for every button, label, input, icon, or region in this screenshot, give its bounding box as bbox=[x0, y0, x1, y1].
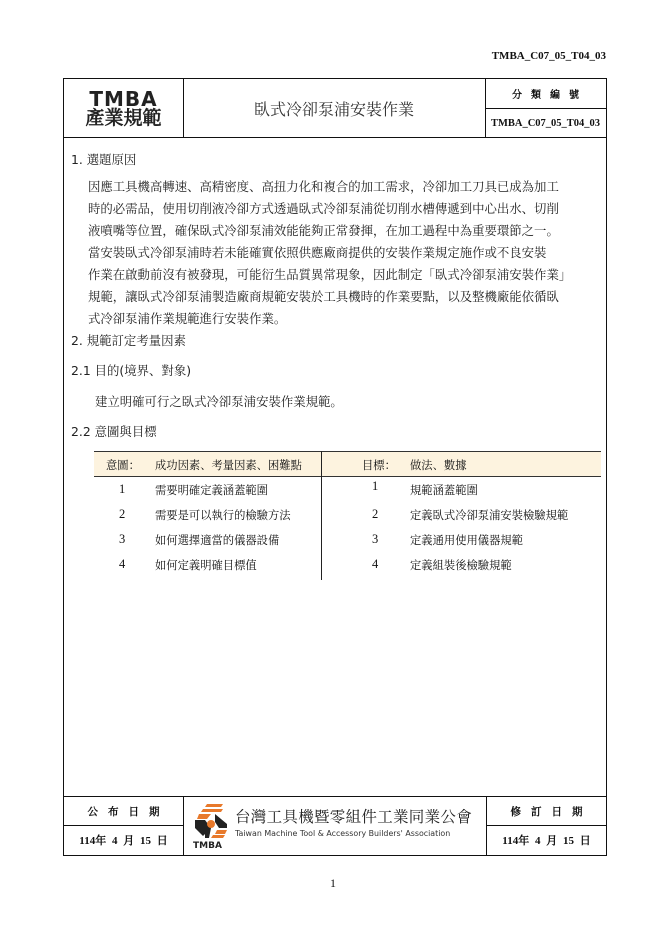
revision-date-cell: 修訂日期 114年 4 月 15 日 bbox=[486, 797, 606, 855]
logo-en-text: TMBA bbox=[89, 89, 157, 109]
goal-text: 定義臥式冷卻泵浦安裝檢驗規範 bbox=[410, 507, 568, 523]
goal-text: 定義組裝後檢驗規範 bbox=[410, 557, 512, 573]
section-2-1-text: 建立明確可行之臥式冷卻泵浦安裝作業規範。 bbox=[95, 392, 343, 410]
table-row: 4 如何定義明確目標值 4 定義組裝後檢驗規範 bbox=[94, 552, 601, 577]
revision-date-label: 修訂日期 bbox=[487, 797, 606, 826]
goal-number: 2 bbox=[372, 507, 378, 522]
classification-code-cell: 分類編號 TMBA_C07_05_T04_03 bbox=[485, 79, 606, 137]
classification-code-value: TMBA_C07_05_T04_03 bbox=[485, 109, 606, 137]
association-name-en: Taiwan Machine Tool & Accessory Builders… bbox=[235, 829, 450, 838]
goal-text: 規範涵蓋範圍 bbox=[410, 482, 478, 498]
paragraph-line: 當安裝臥式冷卻泵浦時若未能確實依照供應廠商提供的安裝作業規定施作或不良安裝 bbox=[88, 242, 600, 264]
table-row: 3 如何選擇適當的儀器設備 3 定義通用使用儀器規範 bbox=[94, 527, 601, 552]
goal-number: 4 bbox=[372, 557, 378, 572]
table-row: 2 需要是可以執行的檢驗方法 2 定義臥式冷卻泵浦安裝檢驗規範 bbox=[94, 502, 601, 527]
intent-number: 4 bbox=[119, 557, 125, 572]
intent-text: 需要是可以執行的檢驗方法 bbox=[155, 507, 291, 523]
paragraph-line: 規範，讓臥式冷卻泵浦製造廠商規範安裝於工具機時的作業要點，以及整機廠能依循臥 bbox=[88, 286, 600, 308]
section-1-heading: 1. 選題原因 bbox=[71, 150, 136, 168]
goal-description: 做法、數據 bbox=[410, 457, 467, 473]
revision-date-value: 114年 4 月 15 日 bbox=[487, 826, 606, 854]
document-title: 臥式冷卻泵浦安裝作業 bbox=[183, 79, 486, 137]
intent-text: 如何定義明確目標值 bbox=[155, 557, 257, 573]
paragraph-line: 液噴嘴等位置，確保臥式冷卻泵浦效能能夠正常發揮，在加工過程中為重要環節之一。 bbox=[88, 220, 600, 242]
intent-number: 3 bbox=[119, 532, 125, 547]
goal-number: 1 bbox=[372, 479, 378, 494]
logo-zh-text: 產業規範 bbox=[85, 109, 161, 128]
intent-label: 意圖： bbox=[106, 457, 140, 473]
svg-text:TMBA: TMBA bbox=[193, 841, 222, 850]
section-2-2-heading: 2.2 意圖與目標 bbox=[71, 422, 157, 440]
document-frame: TMBA 產業規範 臥式冷卻泵浦安裝作業 分類編號 TMBA_C07_05_T0… bbox=[63, 78, 607, 856]
document-footer: 公布日期 114年 4 月 15 日 TMBA 台灣工具機暨零組件工業同業公會 … bbox=[64, 796, 606, 855]
association-name-zh: 台灣工具機暨零組件工業同業公會 bbox=[235, 805, 472, 827]
table-header: 意圖： 成功因素、考量因素、困難點 目標： 做法、數據 bbox=[94, 451, 601, 477]
publish-date-label: 公布日期 bbox=[64, 797, 183, 826]
intent-description: 成功因素、考量因素、困難點 bbox=[155, 457, 302, 473]
paragraph-line: 作業在啟動前沒有被發現，可能衍生品質異常現象，因此制定「臥式冷卻泵浦安裝作業」 bbox=[88, 264, 600, 286]
intent-number: 2 bbox=[119, 507, 125, 522]
table-row: 1 需要明確定義涵蓋範圍 1 規範涵蓋範圍 bbox=[94, 477, 601, 502]
section-2-1-heading: 2.1 目的(境界、對象) bbox=[71, 361, 191, 379]
intent-number: 1 bbox=[119, 482, 125, 497]
tmba-association-logo-icon: TMBA bbox=[193, 802, 229, 850]
classification-code-label: 分類編號 bbox=[485, 79, 606, 109]
page-number: 1 bbox=[0, 876, 666, 891]
document-header: TMBA 產業規範 臥式冷卻泵浦安裝作業 分類編號 TMBA_C07_05_T0… bbox=[64, 79, 606, 138]
goal-number: 3 bbox=[372, 532, 378, 547]
association-cell: TMBA 台灣工具機暨零組件工業同業公會 Taiwan Machine Tool… bbox=[183, 797, 487, 855]
publish-date-value: 114年 4 月 15 日 bbox=[64, 826, 183, 854]
section-2-heading: 2. 規範訂定考量因素 bbox=[71, 331, 186, 349]
publish-date-cell: 公布日期 114年 4 月 15 日 bbox=[64, 797, 184, 855]
goal-text: 定義通用使用儀器規範 bbox=[410, 532, 523, 548]
table-column-divider bbox=[321, 451, 322, 580]
section-1-paragraph: 因應工具機高轉速、高精密度、高扭力化和複合的加工需求，冷卻加工刀具已成為加工 時… bbox=[88, 176, 600, 330]
paragraph-line: 式冷卻泵浦作業規範進行安裝作業。 bbox=[88, 308, 600, 330]
goal-label: 目標： bbox=[362, 457, 396, 473]
intent-goal-table: 意圖： 成功因素、考量因素、困難點 目標： 做法、數據 1 需要明確定義涵蓋範圍… bbox=[94, 451, 601, 577]
intent-text: 需要明確定義涵蓋範圍 bbox=[155, 482, 268, 498]
tmba-standard-logo: TMBA 產業規範 bbox=[64, 79, 184, 137]
document-id-top: TMBA_C07_05_T04_03 bbox=[492, 50, 606, 62]
paragraph-line: 因應工具機高轉速、高精密度、高扭力化和複合的加工需求，冷卻加工刀具已成為加工 bbox=[88, 176, 600, 198]
paragraph-line: 時的必需品，使用切削液冷卻方式透過臥式冷卻泵浦從切削水槽傳遞到中心出水、切削 bbox=[88, 198, 600, 220]
intent-text: 如何選擇適當的儀器設備 bbox=[155, 532, 279, 548]
